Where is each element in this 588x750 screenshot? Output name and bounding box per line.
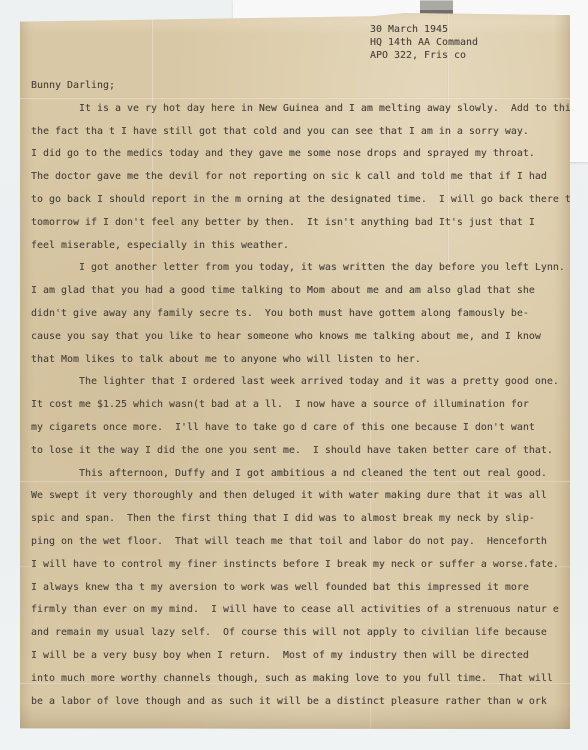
letter-line: firmly than ever on my mind. I will have… [31, 599, 569, 622]
dateline-date: 30 March 1945 [370, 24, 478, 37]
letter-body: Bunny Darling; It is a ve ry hot day her… [31, 75, 569, 713]
letter-line: ping on the wet floor. That will teach m… [31, 531, 569, 554]
letter-line: It is a ve ry hot day here in New Guinea… [31, 98, 569, 121]
letter-line: didn't give away any family secre ts. Yo… [31, 303, 569, 326]
paper-clip-tab [420, 0, 453, 14]
letter-line: the fact tha t I have still got that col… [31, 121, 569, 144]
letter-line: This afternoon, Duffy and I got ambitiou… [31, 463, 569, 486]
salutation: Bunny Darling; [31, 75, 569, 98]
dateline-unit: HQ 14th AA Command [370, 37, 478, 50]
letter-line: I did go to the medics today and they ga… [31, 143, 569, 166]
letter-line: The lighter that I ordered last week arr… [31, 371, 569, 394]
letter-line: into much more worthy channels though, s… [31, 668, 569, 691]
letter-line: I got another letter from you today, it … [31, 257, 569, 280]
letter-line: that Mom likes to talk about me to anyon… [31, 349, 569, 372]
letter-line: We swept it very thoroughly and then del… [31, 485, 569, 508]
letter-line: I will have to control my finer instinct… [31, 554, 569, 577]
letter-line: be a labor of love though and as such it… [31, 691, 569, 714]
letter-line: The doctor gave me the devil for not rep… [31, 166, 569, 189]
letter-line: It cost me $1.25 which wasn(t bad at a l… [31, 394, 569, 417]
dateline-apo: APO 322, Fris co [370, 50, 478, 63]
letter-line: tomorrow if I don't feel any better by t… [31, 212, 569, 235]
letter-line: I am glad that you had a good time talki… [31, 280, 569, 303]
letter-paper: 30 March 1945 HQ 14th AA Command APO 322… [20, 13, 570, 729]
letter-line: my cigarets once more. I'll have to take… [31, 417, 569, 440]
scanned-letter-page: 30 March 1945 HQ 14th AA Command APO 322… [0, 0, 588, 750]
letter-line: to lose it the way I did the one you sen… [31, 440, 569, 463]
letter-line: to go back I should report in the m orni… [31, 189, 569, 212]
letter-line: spic and span. Then the first thing that… [31, 508, 569, 531]
letter-line: I will be a very busy boy when I return.… [31, 645, 569, 668]
dateline-block: 30 March 1945 HQ 14th AA Command APO 322… [370, 24, 478, 63]
letter-line: I always knew tha t my aversion to work … [31, 577, 569, 600]
letter-line: feel miserable, especially in this weath… [31, 235, 569, 258]
letter-line: cause you say that you like to hear some… [31, 326, 569, 349]
letter-line: and remain my usual lazy self. Of course… [31, 622, 569, 645]
